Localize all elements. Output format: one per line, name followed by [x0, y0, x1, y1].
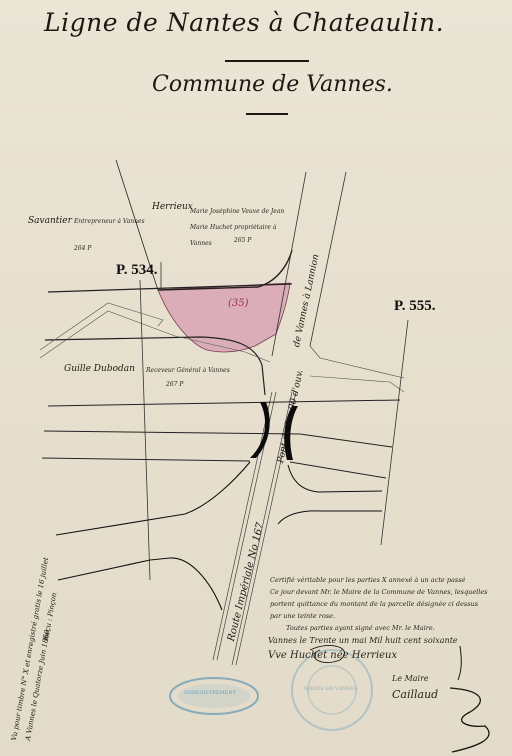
certificate-line: portent quittance du montant de la parce… — [270, 600, 478, 608]
owner-herrieux-ref: 265 P — [234, 237, 251, 244]
owner-savantier: Savantier — [28, 216, 72, 226]
map-sheet: Ligne de Nantes à Chateaulin. Commune de… — [0, 0, 512, 756]
signature-mayor: Caillaud — [392, 688, 438, 701]
owner-dubodan: Guille Dubodan — [64, 364, 135, 374]
parcel-number: (35) — [228, 298, 249, 309]
signature-widow: Vve Huchet née Herrieux — [268, 650, 397, 661]
oval-stamp: ENREGISTREMENT — [184, 690, 236, 696]
plot-id-534: P. 534. — [116, 262, 158, 279]
round-stamp: MAIRIE DE VANNES — [304, 686, 358, 692]
owner-herrieux-detail: Marie Joséphine Veuve de Jean Marie Huch… — [190, 204, 300, 252]
owner-name: Savantier — [28, 216, 72, 226]
certificate-line: par une teinte rose. — [270, 612, 335, 620]
certificate-line: Certifié véritable pour les parties X an… — [270, 576, 465, 584]
plot-id-555: P. 555. — [394, 298, 436, 315]
bridge-left-abutment — [250, 402, 270, 458]
certificate-line: Ce jour devant Mr. le Maire de la Commun… — [270, 588, 488, 596]
owner-dubodan-detail: Receveur Général à Vannes — [146, 367, 230, 374]
certificate-date: Vannes le Trente un mai Mil huit cent so… — [268, 636, 458, 645]
certificate-line: Toutes parties ayant signé avec Mr. le M… — [286, 624, 435, 632]
owner-dubodan-ref: 267 P — [166, 381, 183, 388]
owner-herrieux: Herrieux — [152, 202, 193, 212]
owner-savantier-detail: Entrepreneur à Vannes — [74, 218, 145, 225]
mayor-label: Le Maire — [392, 674, 429, 683]
owner-savantier-ref: 264 P — [74, 245, 91, 252]
parcel-35-shape — [158, 283, 290, 352]
